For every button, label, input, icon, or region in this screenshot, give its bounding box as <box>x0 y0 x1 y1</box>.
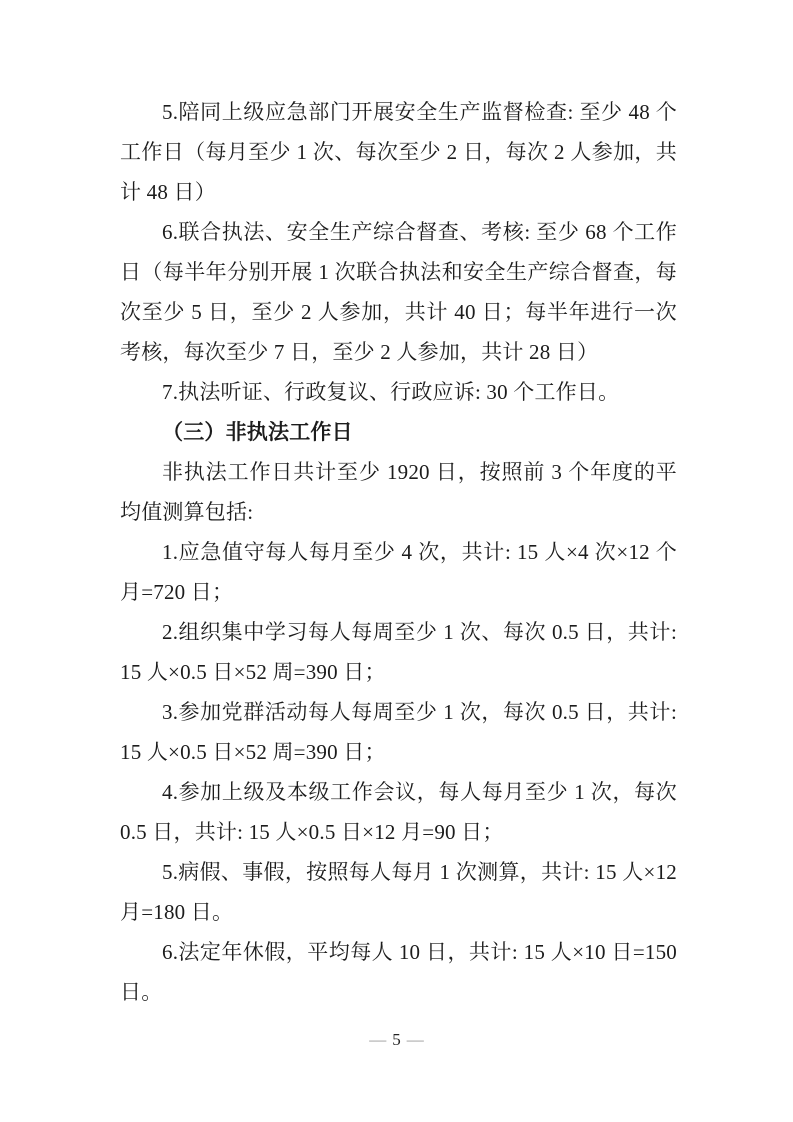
paragraph-item-4-work-meetings: 4.参加上级及本级工作会议，每人每月至少 1 次，每次 0.5 日，共计: 15… <box>120 772 677 852</box>
footer-dash-left: — <box>363 1030 392 1049</box>
paragraph-item-2-group-study: 2.组织集中学习每人每周至少 1 次、每次 0.5 日，共计: 15 人×0.5… <box>120 612 677 692</box>
footer-page-number: 5 <box>392 1030 401 1049</box>
paragraph-non-enforcement-total: 非执法工作日共计至少 1920 日，按照前 3 个年度的平均值测算包括: <box>120 452 677 532</box>
document-body: 5.陪同上级应急部门开展安全生产监督检查: 至少 48 个工作日（每月至少 1 … <box>120 92 677 1012</box>
paragraph-item-7-hearings: 7.执法听证、行政复议、行政应诉: 30 个工作日。 <box>120 372 677 412</box>
page-footer: —5— <box>0 1028 793 1052</box>
paragraph-item-6-annual-leave: 6.法定年休假，平均每人 10 日，共计: 15 人×10 日=150 日。 <box>120 932 677 1012</box>
paragraph-item-3-party-activities: 3.参加党群活动每人每周至少 1 次，每次 0.5 日，共计: 15 人×0.5… <box>120 692 677 772</box>
paragraph-item-5-sick-leave: 5.病假、事假，按照每人每月 1 次测算，共计: 15 人×12 月=180 日… <box>120 852 677 932</box>
section-heading-non-enforcement-workdays: （三）非执法工作日 <box>120 412 677 452</box>
document-page: 5.陪同上级应急部门开展安全生产监督检查: 至少 48 个工作日（每月至少 1 … <box>0 0 793 1122</box>
paragraph-item-1-emergency-duty: 1.应急值守每人每月至少 4 次，共计: 15 人×4 次×12 个月=720 … <box>120 532 677 612</box>
paragraph-item-6-joint-enforcement: 6.联合执法、安全生产综合督查、考核: 至少 68 个工作日（每半年分别开展 1… <box>120 212 677 372</box>
paragraph-item-5-inspection: 5.陪同上级应急部门开展安全生产监督检查: 至少 48 个工作日（每月至少 1 … <box>120 92 677 212</box>
footer-dash-right: — <box>401 1030 430 1049</box>
